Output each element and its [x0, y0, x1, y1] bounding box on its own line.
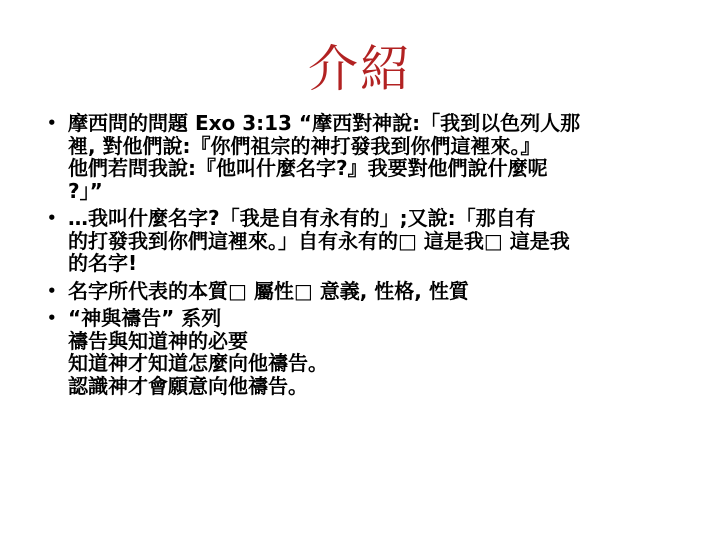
- bullet-marker: •: [47, 207, 68, 230]
- bullet-marker: •: [47, 307, 68, 330]
- slide-canvas: 介紹 • 摩西問的問題 Exo 3:13 “摩西對神說:「我到以色列人那 裡, …: [0, 0, 720, 540]
- bullet-text-series: “神與禱告” 系列 禱告與知道神的必要 知道神才知道怎麼向他禱告。 認識神才會願…: [68, 307, 694, 397]
- bullet-item-1: • 摩西問的問題 Exo 3:13 “摩西對神說:「我到以色列人那 裡, 對他們…: [47, 112, 694, 202]
- bullet-text-i-am: …我叫什麼名字?「我是自有永有的」;又說:「那自有 的打發我到你們這裡來。」自有…: [68, 207, 694, 275]
- slide-body: • 摩西問的問題 Exo 3:13 “摩西對神說:「我到以色列人那 裡, 對他們…: [0, 98, 720, 397]
- bullet-item-2: • …我叫什麼名字?「我是自有永有的」;又說:「那自有 的打發我到你們這裡來。」…: [47, 207, 694, 275]
- slide-title: 介紹: [0, 0, 720, 98]
- bullet-text-moses-question: 摩西問的問題 Exo 3:13 “摩西對神說:「我到以色列人那 裡, 對他們說:…: [68, 112, 694, 202]
- bullet-text-name-meaning: 名字所代表的本質□ 屬性□ 意義, 性格, 性質: [68, 280, 694, 303]
- bullet-item-3: • 名字所代表的本質□ 屬性□ 意義, 性格, 性質: [47, 280, 694, 303]
- bullet-marker: •: [47, 280, 68, 303]
- bullet-marker: •: [47, 112, 68, 135]
- bullet-item-4: • “神與禱告” 系列 禱告與知道神的必要 知道神才知道怎麼向他禱告。 認識神才…: [47, 307, 694, 397]
